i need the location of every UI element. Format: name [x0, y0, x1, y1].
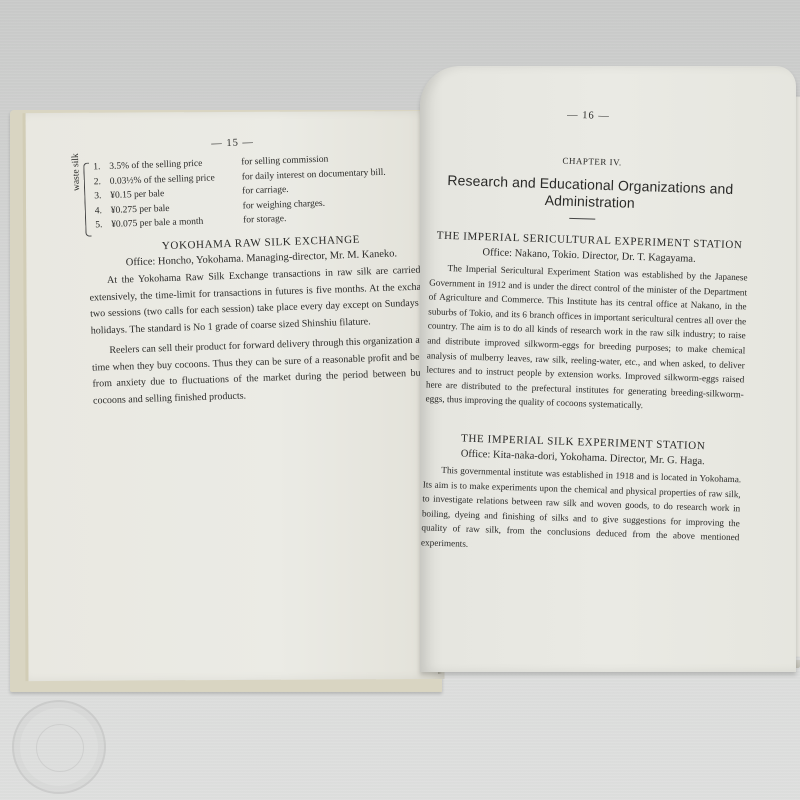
- fee-number: 4.: [95, 203, 111, 218]
- waste-silk-fee-list: waste silk 1. 3.5% of the selling price …: [83, 149, 445, 233]
- right-page: — 16 — CHAPTER IV. Research and Educatio…: [420, 66, 796, 672]
- imperial-sericultural-station-section: THE IMPERIAL SERICULTURAL EXPERIMENT STA…: [425, 229, 748, 416]
- body-paragraph: At the Yokohama Raw Silk Exchange transa…: [89, 262, 437, 339]
- chapter-divider: [569, 218, 595, 220]
- seal-inner-ring: [36, 724, 84, 772]
- body-paragraph: Reelers can sell their product for forwa…: [91, 332, 439, 409]
- fee-number: 2.: [94, 174, 110, 189]
- page-number-16: — 16 —: [548, 109, 628, 123]
- waste-silk-label: waste silk: [71, 153, 82, 191]
- left-page: — 15 — waste silk 1. 3.5% of the selling…: [23, 111, 445, 681]
- chapter-title: Research and Educational Organizations a…: [430, 171, 751, 215]
- imperial-silk-station-section: THE IMPERIAL SILK EXPERIMENT STATION Off…: [421, 431, 743, 559]
- fee-number: 5.: [95, 218, 111, 233]
- yokohama-raw-silk-exchange-section: YOKOHAMA RAW SILK EXCHANGE Office: Honch…: [88, 231, 439, 409]
- fee-number: 1.: [93, 160, 109, 175]
- body-paragraph: This governmental institute was establis…: [421, 462, 742, 560]
- page-number-15: — 15 —: [192, 136, 272, 150]
- body-paragraph: The Imperial Sericultural Experiment Sta…: [425, 260, 747, 416]
- fee-number: 3.: [94, 189, 110, 204]
- right-page-content: — 16 — CHAPTER IV. Research and Educatio…: [450, 66, 750, 75]
- chapter-label: CHAPTER IV.: [447, 152, 737, 171]
- seal-watermark: [12, 700, 106, 794]
- fee-amount: ¥0.075 per bale a month: [111, 213, 243, 232]
